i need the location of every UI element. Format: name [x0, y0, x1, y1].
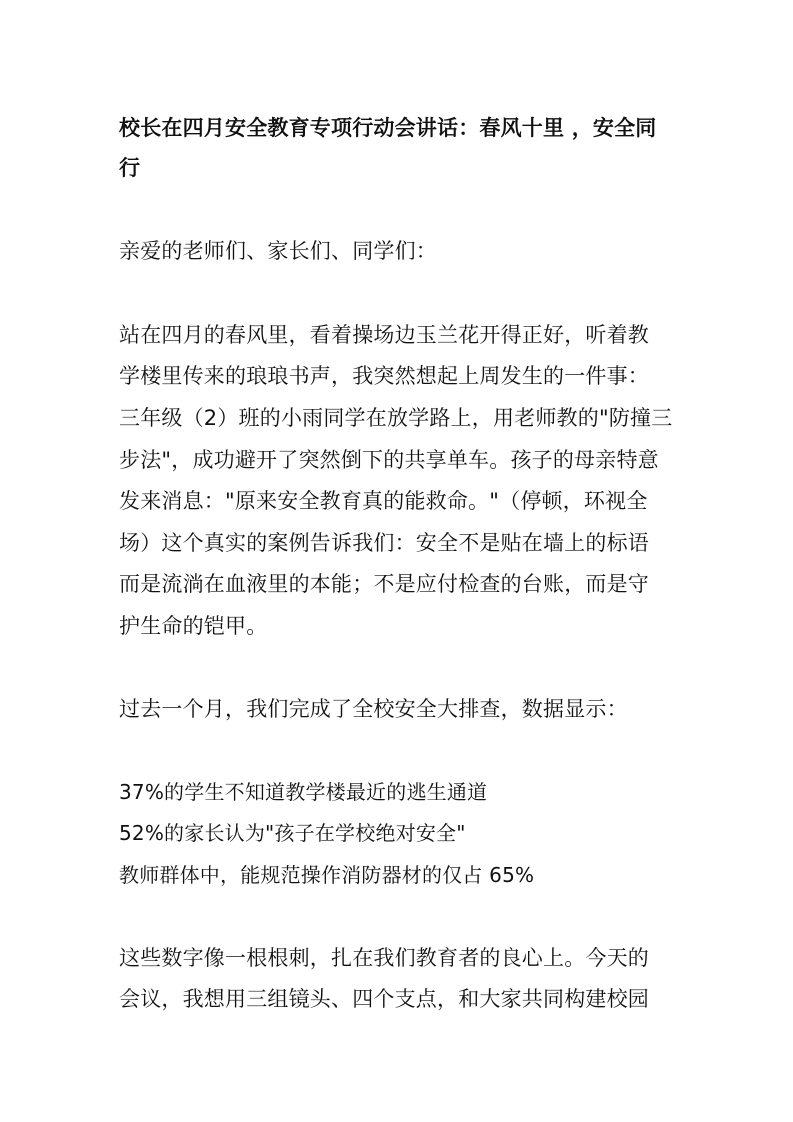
- paragraph-1-line-6: 场）这个真实的案例告诉我们：安全不是贴在墙上的标语: [119, 529, 649, 557]
- document-title-line-2: 行: [119, 154, 140, 182]
- document-title-line-1: 校长在四月安全教育专项行动会讲话：春风十里 ，安全同: [119, 114, 657, 142]
- paragraph-3-line-1: 这些数字像一根根刺，扎在我们教育者的良心上。今天的: [119, 944, 649, 972]
- statistic-item-2: 52%的家长认为"孩子在学校绝对安全": [119, 819, 466, 847]
- paragraph-1-line-7: 而是流淌在血液里的本能；不是应付检查的台账，而是守: [119, 570, 649, 598]
- paragraph-1-line-5: 发来消息："原来安全教育真的能救命。"（停顿，环视全: [119, 487, 648, 515]
- paragraph-2: 过去一个月，我们完成了全校安全大排查，数据显示：: [119, 695, 628, 723]
- paragraph-1-line-8: 护生命的铠甲。: [119, 612, 267, 640]
- paragraph-1-line-1: 站在四月的春风里，看着操场边玉兰花开得正好，听着教: [119, 321, 649, 349]
- statistic-item-1: 37%的学生不知道教学楼最近的逃生通道: [119, 778, 487, 806]
- paragraph-3-line-2: 会议，我想用三组镜头、四个支点，和大家共同构建校园: [119, 985, 649, 1013]
- paragraph-1-line-3: 三年级（2）班的小雨同学在放学路上，用老师教的"防撞三: [119, 404, 672, 432]
- salutation: 亲爱的老师们、家长们、同学们：: [119, 237, 437, 265]
- paragraph-1-line-2: 学楼里传来的琅琅书声，我突然想起上周发生的一件事：: [119, 362, 649, 390]
- paragraph-1-line-4: 步法"，成功避开了突然倒下的共享单车。孩子的母亲特意: [119, 446, 659, 474]
- statistic-item-3: 教师群体中，能规范操作消防器材的仅占 65%: [119, 861, 534, 889]
